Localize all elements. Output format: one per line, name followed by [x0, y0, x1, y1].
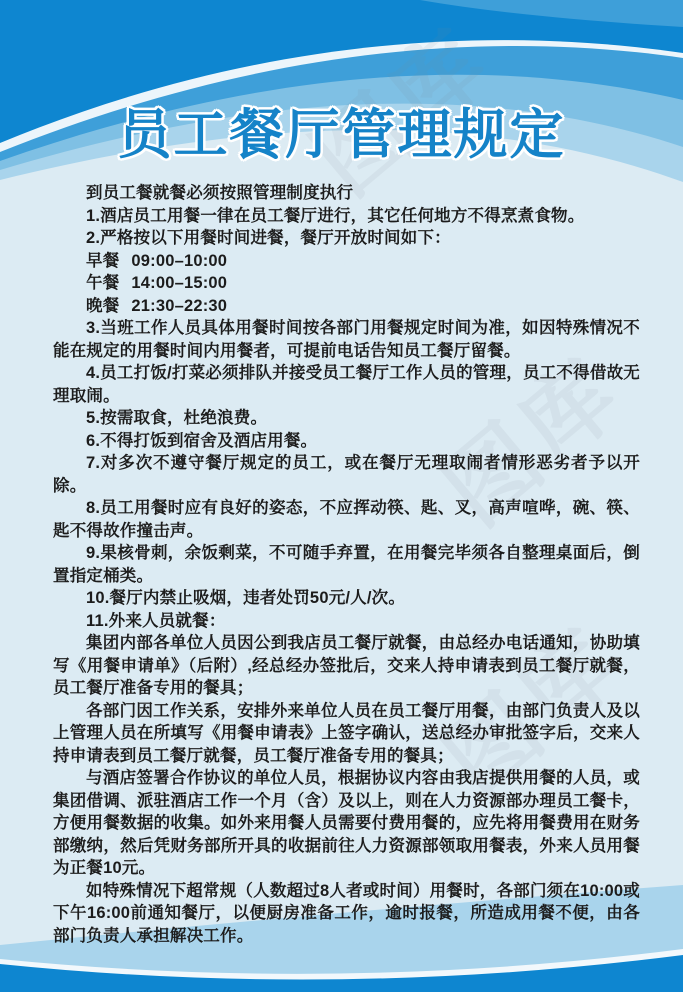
meal-label: 晚餐: [86, 297, 119, 315]
intro-line: 到员工餐就餐必须按照管理制度执行: [53, 182, 640, 205]
meal-time: 14:00–15:00: [131, 274, 227, 292]
rule-paragraph-8: 8.员工用餐时应有良好的姿态，不应挥动筷、匙、叉，高声喧哗，碗、筷、匙不得故作撞…: [53, 497, 640, 542]
meal-time: 21:30–22:30: [131, 297, 227, 315]
visitor-paragraph-1: 集团内部各单位人员因公到我店员工餐厅就餐，由总经办电话通知，协助填写《用餐申请单…: [53, 632, 640, 700]
rule-paragraph-7: 7.对多次不遵守餐厅规定的员工，或在餐厅无理取闹者情形恶劣者予以开除。: [53, 452, 640, 497]
meal-time: 09:00–10:00: [131, 252, 227, 270]
meal-time-dinner: 晚餐21:30–22:30: [53, 295, 640, 318]
rule-paragraph-11: 11.外来人员就餐：: [53, 610, 640, 633]
meal-time-breakfast: 早餐09:00–10:00: [53, 250, 640, 273]
rule-paragraph-4: 4.员工打饭/打菜必须排队并接受员工餐厅工作人员的管理，员工不得借故无理取闹。: [53, 362, 640, 407]
rule-paragraph-5: 5.按需取食，杜绝浪费。: [53, 407, 640, 430]
meal-label: 早餐: [86, 252, 119, 270]
rule-paragraph-10: 10.餐厅内禁止吸烟，违者处罚50元/人/次。: [53, 587, 640, 610]
page-title: 员工餐厅管理规定: [0, 101, 683, 169]
rule-paragraph-1: 1.酒店员工用餐一律在员工餐厅进行，其它任何地方不得烹煮食物。: [53, 205, 640, 228]
meal-time-lunch: 午餐14:00–15:00: [53, 272, 640, 295]
regulations-body: 到员工餐就餐必须按照管理制度执行 1.酒店员工用餐一律在员工餐厅进行，其它任何地…: [53, 182, 640, 947]
visitor-paragraph-3: 与酒店签署合作协议的单位人员，根据协议内容由我店提供用餐的人员，或集团借调、派驻…: [53, 767, 640, 880]
rule-paragraph-9: 9.果核骨刺，余饭剩菜，不可随手弃置，在用餐完毕须各自整理桌面后，倒置指定桶类。: [53, 542, 640, 587]
visitor-paragraph-4: 如特殊情况下超常规（人数超过8人者或时间）用餐时，各部门须在10:00或下午16…: [53, 880, 640, 948]
visitor-paragraph-2: 各部门因工作关系，安排外来单位人员在员工餐厅用餐，由部门负责人及以上管理人员在所…: [53, 700, 640, 768]
rule-paragraph-3: 3.当班工作人员具体用餐时间按各部门用餐规定时间为准，如因特殊情况不能在规定的用…: [53, 317, 640, 362]
rule-paragraph-2: 2.严格按以下用餐时间进餐，餐厅开放时间如下：: [53, 227, 640, 250]
poster-page: 图库 图库 图库 员工餐厅管理规定 到员工餐就餐必须按照管理制度执行 1.酒店员…: [0, 0, 683, 992]
rule-paragraph-6: 6.不得打饭到宿舍及酒店用餐。: [53, 430, 640, 453]
meal-label: 午餐: [86, 274, 119, 292]
